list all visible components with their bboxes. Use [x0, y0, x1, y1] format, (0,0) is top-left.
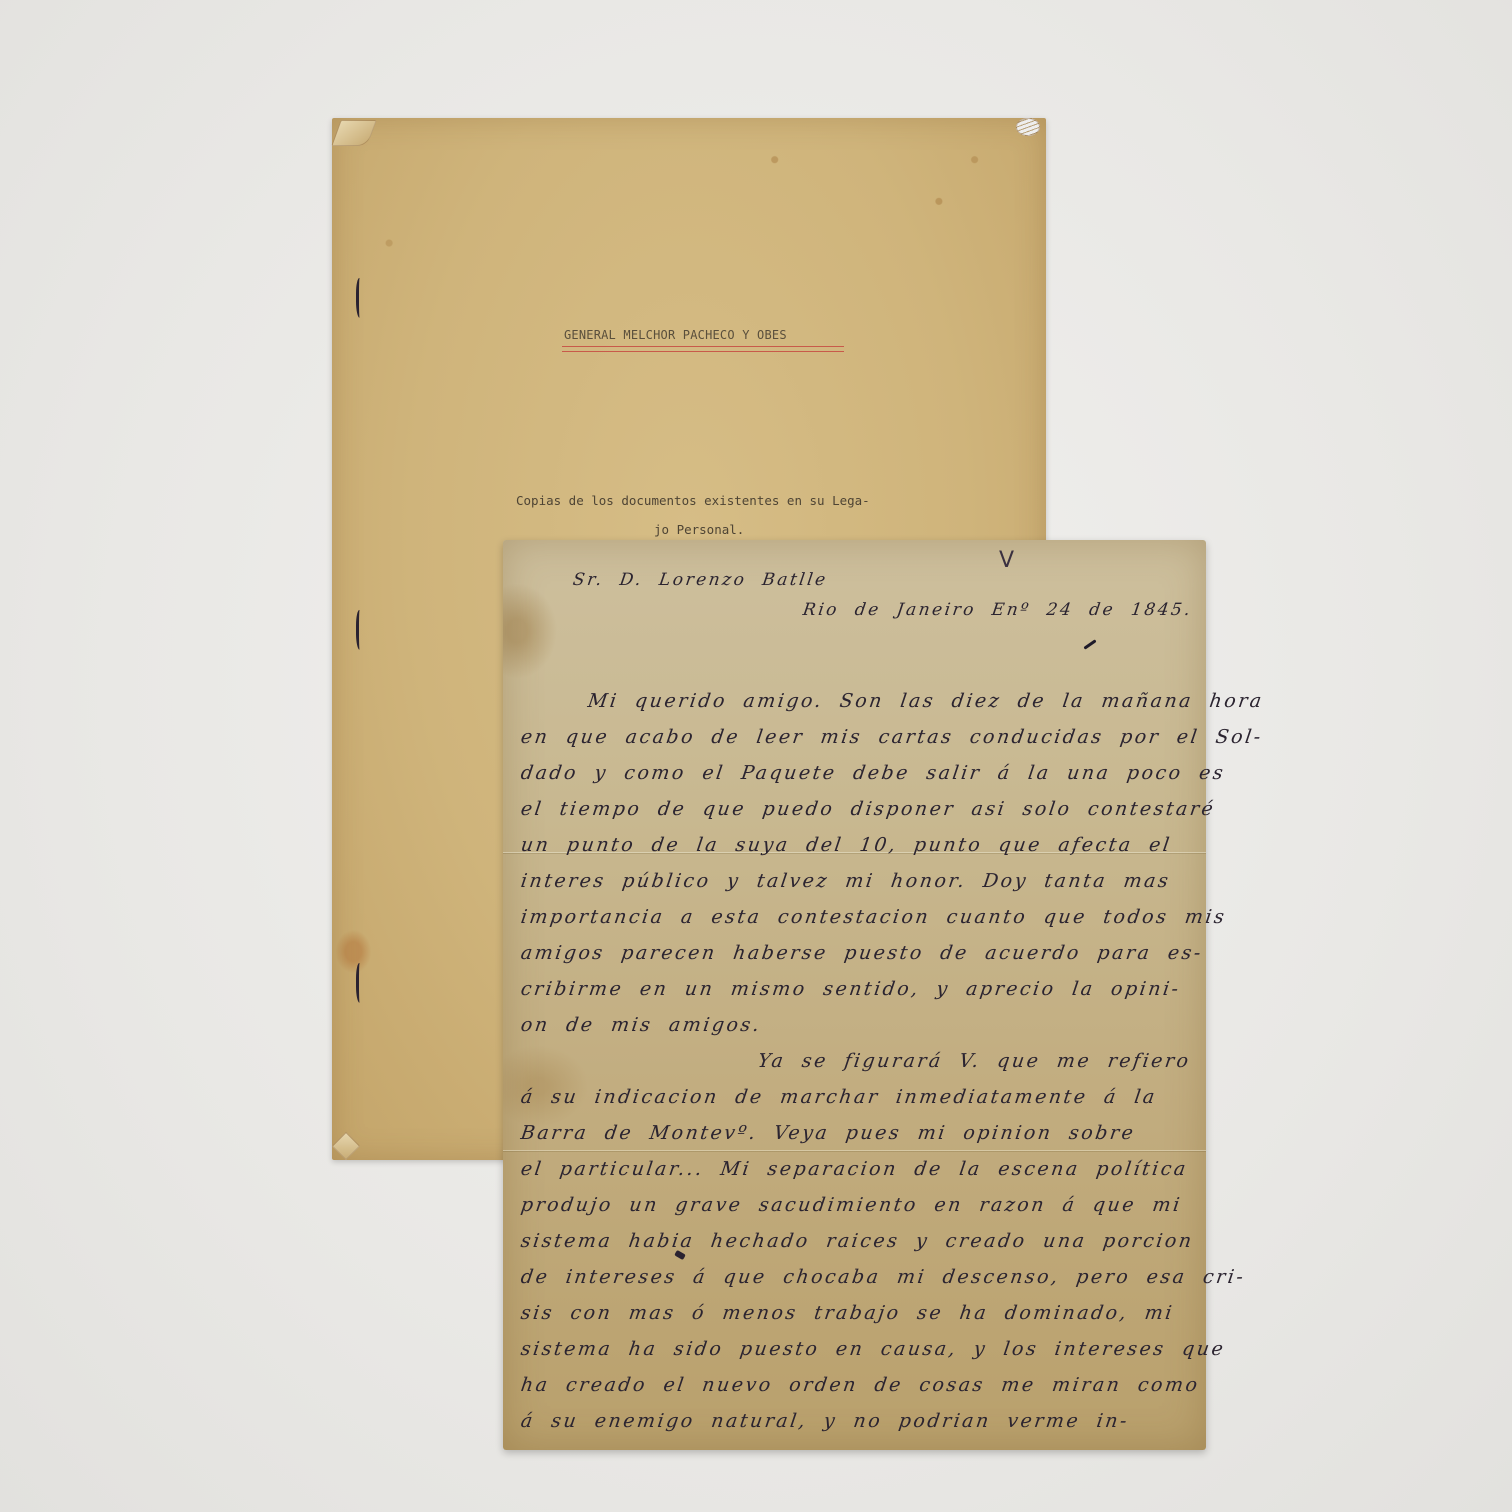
letter-line: Mi querido amigo. Son las diez de la mañ… — [586, 690, 1265, 712]
letter-line: sistema habia hechado raices y creado un… — [519, 1230, 1195, 1252]
photo-scene: GENERAL MELCHOR PACHECO Y OBES Copias de… — [0, 0, 1512, 1512]
letter-line: dado y como el Paquete debe salir á la u… — [519, 762, 1226, 784]
letter-line: interes público y talvez mi honor. Doy t… — [519, 870, 1171, 892]
subtitle-line: Copias de los documentos existentes en s… — [516, 493, 870, 508]
letter-line: á su enemigo natural, y no podrian verme… — [519, 1410, 1130, 1432]
letter-line: el tiempo de que puedo disponer asi solo… — [519, 798, 1216, 820]
binding-stitch — [356, 277, 365, 318]
letter-line: sis con mas ó menos trabajo se ha domina… — [519, 1302, 1175, 1324]
letter-line: on de mis amigos. — [519, 1014, 762, 1036]
letter-line: un punto de la suya del 10, punto que af… — [519, 834, 1173, 856]
ink-mark — [1083, 639, 1096, 649]
handwritten-letter: V Sr. D. Lorenzo Batlle Rio de Janeiro E… — [503, 540, 1206, 1450]
letter-line: Barra de Montevº. Veya pues mi opinion s… — [519, 1122, 1136, 1144]
folio-title: GENERAL MELCHOR PACHECO Y OBES — [564, 328, 787, 342]
folded-corner — [331, 120, 376, 146]
letter-place-date: Rio de Janeiro Enº 24 de 1845. — [802, 600, 1194, 620]
letter-line: sistema ha sido puesto en causa, y los i… — [519, 1338, 1226, 1360]
paper-fold — [503, 1150, 1206, 1151]
letter-line: ha creado el nuevo orden de cosas me mir… — [519, 1374, 1201, 1396]
letter-line: importancia a esta contestacion cuanto q… — [519, 906, 1227, 928]
binding-stitch — [356, 962, 365, 1003]
folio-subtitle: Copias de los documentos existentes en s… — [516, 486, 896, 544]
letter-line: á su indicacion de marchar inmediatament… — [519, 1086, 1158, 1108]
binding-stitch — [356, 609, 365, 650]
torn-corner — [1016, 118, 1040, 136]
letter-line: el particular... Mi separacion de la esc… — [519, 1158, 1189, 1180]
title-underline — [562, 346, 844, 352]
check-mark: V — [999, 548, 1014, 573]
letter-line: amigos parecen haberse puesto de acuerdo… — [519, 942, 1204, 964]
letter-line: produjo un grave sacudimiento en razon á… — [519, 1194, 1183, 1216]
letter-line: de intereses á que chocaba mi descenso, … — [519, 1266, 1246, 1288]
folded-corner — [332, 1132, 360, 1160]
letter-line: en que acabo de leer mis cartas conducid… — [519, 726, 1264, 748]
letter-line: cribirme en un mismo sentido, y aprecio … — [519, 978, 1182, 1000]
letter-addressee: Sr. D. Lorenzo Batlle — [572, 570, 830, 590]
letter-line: Ya se figurará V. que me refiero — [756, 1050, 1192, 1072]
